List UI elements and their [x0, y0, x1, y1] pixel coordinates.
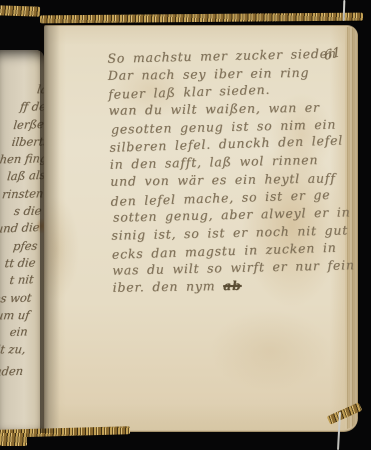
- handwritten-text: So machstu mer zucker sieden Dar nach se…: [107, 44, 355, 297]
- text-fragment: und die: [0, 219, 40, 238]
- manuscript-photo: laß ff den lerßen ilberts chen fing laß …: [0, 0, 371, 450]
- text-fragment: um uf: [0, 307, 30, 325]
- handwritten-line-end: iber. den nym: [113, 278, 224, 295]
- text-fragment: pfes: [0, 237, 38, 255]
- text-fragment: t nit: [0, 271, 34, 290]
- text-fragment: s die: [0, 203, 42, 221]
- text-fragment: es wot: [0, 289, 32, 308]
- gilt-cover-corner-bottom-left: [0, 433, 27, 446]
- text-fragment: ein: [0, 323, 28, 342]
- struck-word: ab: [223, 278, 242, 293]
- handwritten-line: iber. den nym ab: [112, 275, 354, 296]
- text-fragment: udt zu,: [0, 341, 26, 359]
- gilt-cover-corner-top-left: [0, 5, 40, 16]
- gilt-top-edge: [40, 13, 363, 24]
- text-fragment: Juden: [0, 362, 24, 381]
- binding-gutter-shadow: [40, 24, 60, 433]
- text-fragment: rinsten: [0, 185, 44, 204]
- previous-page-edge: laß ff den lerßen ilberts chen fing laß …: [0, 50, 44, 432]
